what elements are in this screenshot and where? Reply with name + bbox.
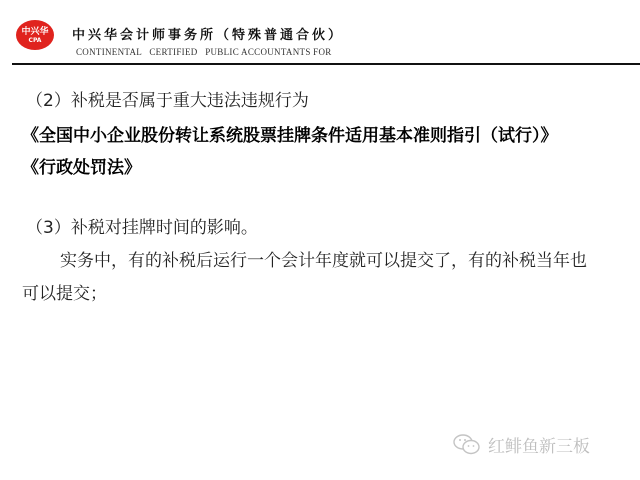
logo-bottom-text: CPA [29,37,42,44]
watermark: 红鲱鱼新三板 [452,432,590,457]
firm-name-cn: 中兴华会计师事务所（特殊普通合伙） [72,24,344,43]
paragraph-line-2: 可以提交； [22,279,107,304]
paragraph-line-1: 实务中，有的补税后运行一个会计年度就可以提交了，有的补税当年也 [60,246,587,271]
cpa-logo: 中兴华 CPA [16,20,54,50]
wechat-icon [452,433,482,457]
firm-name-en: CONTINENTAL CERTIFIED PUBLIC ACCOUNTANTS… [76,47,332,57]
section-2-heading: （2）补税是否属于重大违法违规行为 [26,86,309,111]
logo-top-text: 中兴华 [21,27,48,37]
law-reference-1: 《全国中小企业股份转让系统股票挂牌条件适用基本准则指引（试行）》 [22,121,558,146]
watermark-text: 红鲱鱼新三板 [488,432,590,457]
law-reference-2: 《行政处罚法》 [22,153,141,178]
section-3-heading: （3）补税对挂牌时间的影响。 [26,213,258,238]
header-divider [12,63,640,65]
